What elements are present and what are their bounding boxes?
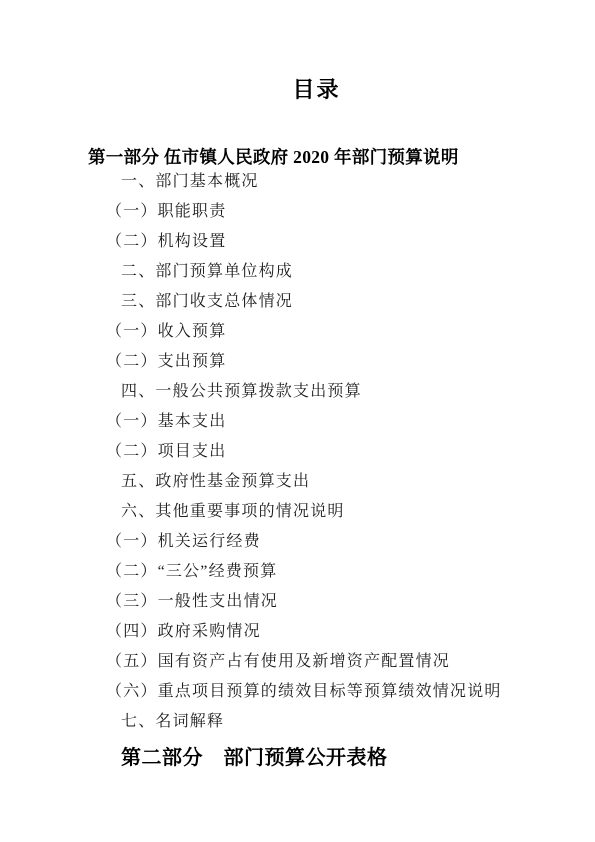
toc-entry: （三）一般性支出情况 [106,587,502,617]
toc-entry: （一）机关运行经费 [106,527,502,557]
toc-entry: 五、政府性基金预算支出 [121,467,502,497]
part2-heading: 第二部分 部门预算公开表格 [121,741,388,770]
toc-entry: （四）政府采购情况 [106,617,502,647]
toc-entry: （二）机构设置 [106,227,502,257]
toc-entry: 三、部门收支总体情况 [121,287,502,317]
page-title: 目录 [0,73,595,104]
toc-entry: 一、部门基本概况 [121,167,502,197]
toc-list: 一、部门基本概况（一）职能职责（二）机构设置二、部门预算单位构成三、部门收支总体… [106,167,502,737]
toc-entry: 六、其他重要事项的情况说明 [121,497,502,527]
toc-entry: （一）基本支出 [106,407,502,437]
toc-entry: 四、一般公共预算拨款支出预算 [121,377,502,407]
toc-entry: （一）职能职责 [106,197,502,227]
part1-heading: 第一部分 伍市镇人民政府 2020 年部门预算说明 [88,144,459,169]
toc-entry: 二、部门预算单位构成 [121,257,502,287]
toc-entry: （六）重点项目预算的绩效目标等预算绩效情况说明 [106,677,502,707]
toc-entry: （五）国有资产占有使用及新增资产配置情况 [106,647,502,677]
toc-entry: 七、名词解释 [121,707,502,737]
toc-entry: （二）支出预算 [106,347,502,377]
toc-entry: （一）收入预算 [106,317,502,347]
document-page: 目录 第一部分 伍市镇人民政府 2020 年部门预算说明 一、部门基本概况（一）… [0,0,595,842]
toc-entry: （二）项目支出 [106,437,502,467]
toc-entry: （二）“三公”经费预算 [106,557,502,587]
